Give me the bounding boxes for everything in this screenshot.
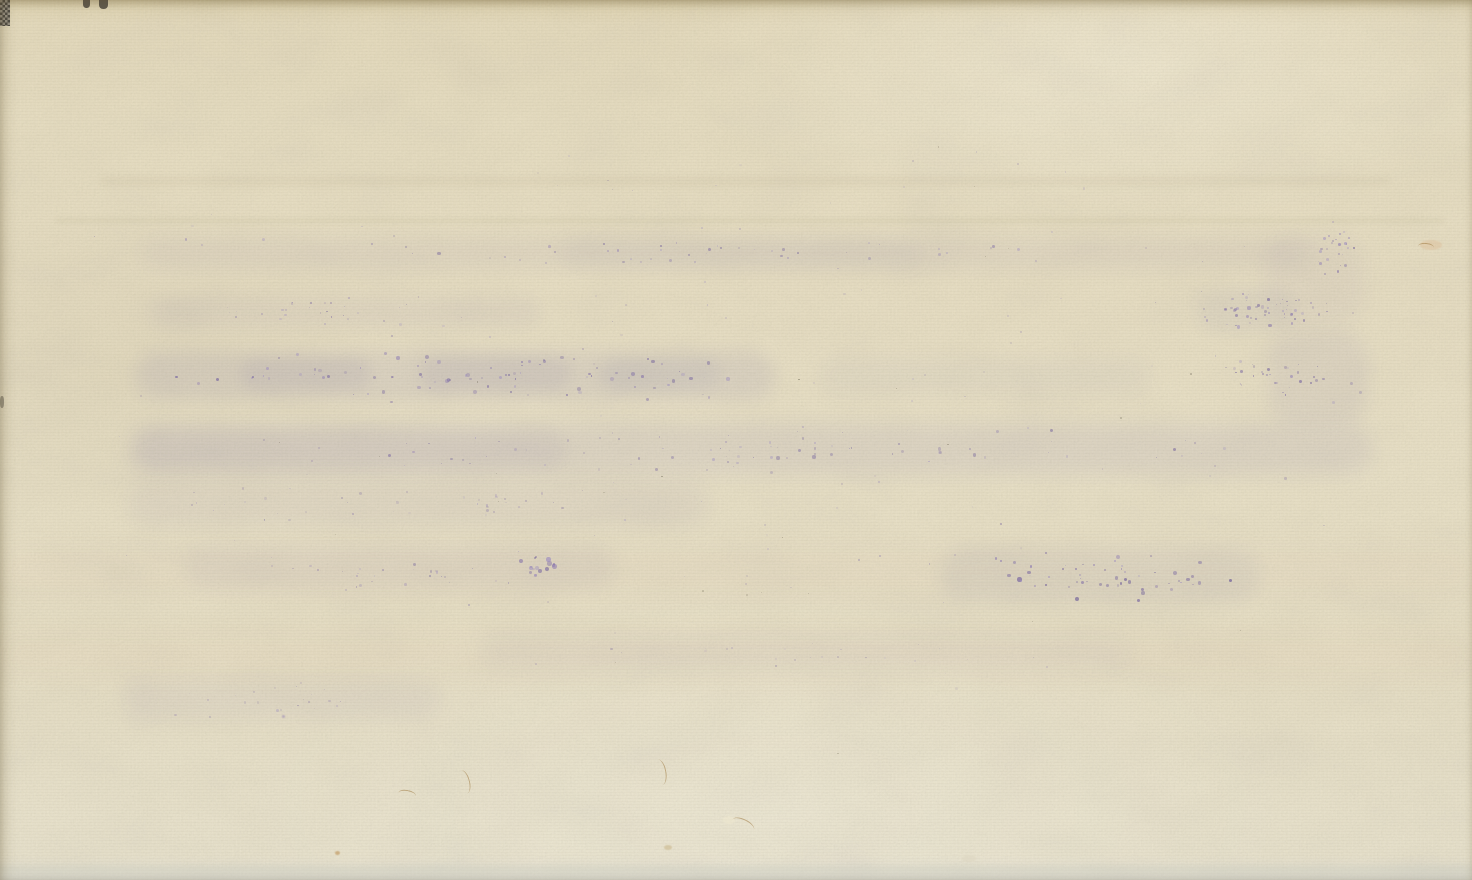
scanned-document-page [0,0,1472,880]
scan-artifact-corner-halftone [0,0,10,26]
scan-artifact-layer [0,0,1472,880]
paper-bottom-edge-strip [0,862,1472,880]
scan-artifact-top-mark [99,0,108,9]
scan-artifact-left-edge-mark [0,396,4,408]
scan-artifact-top-mark [83,0,90,8]
